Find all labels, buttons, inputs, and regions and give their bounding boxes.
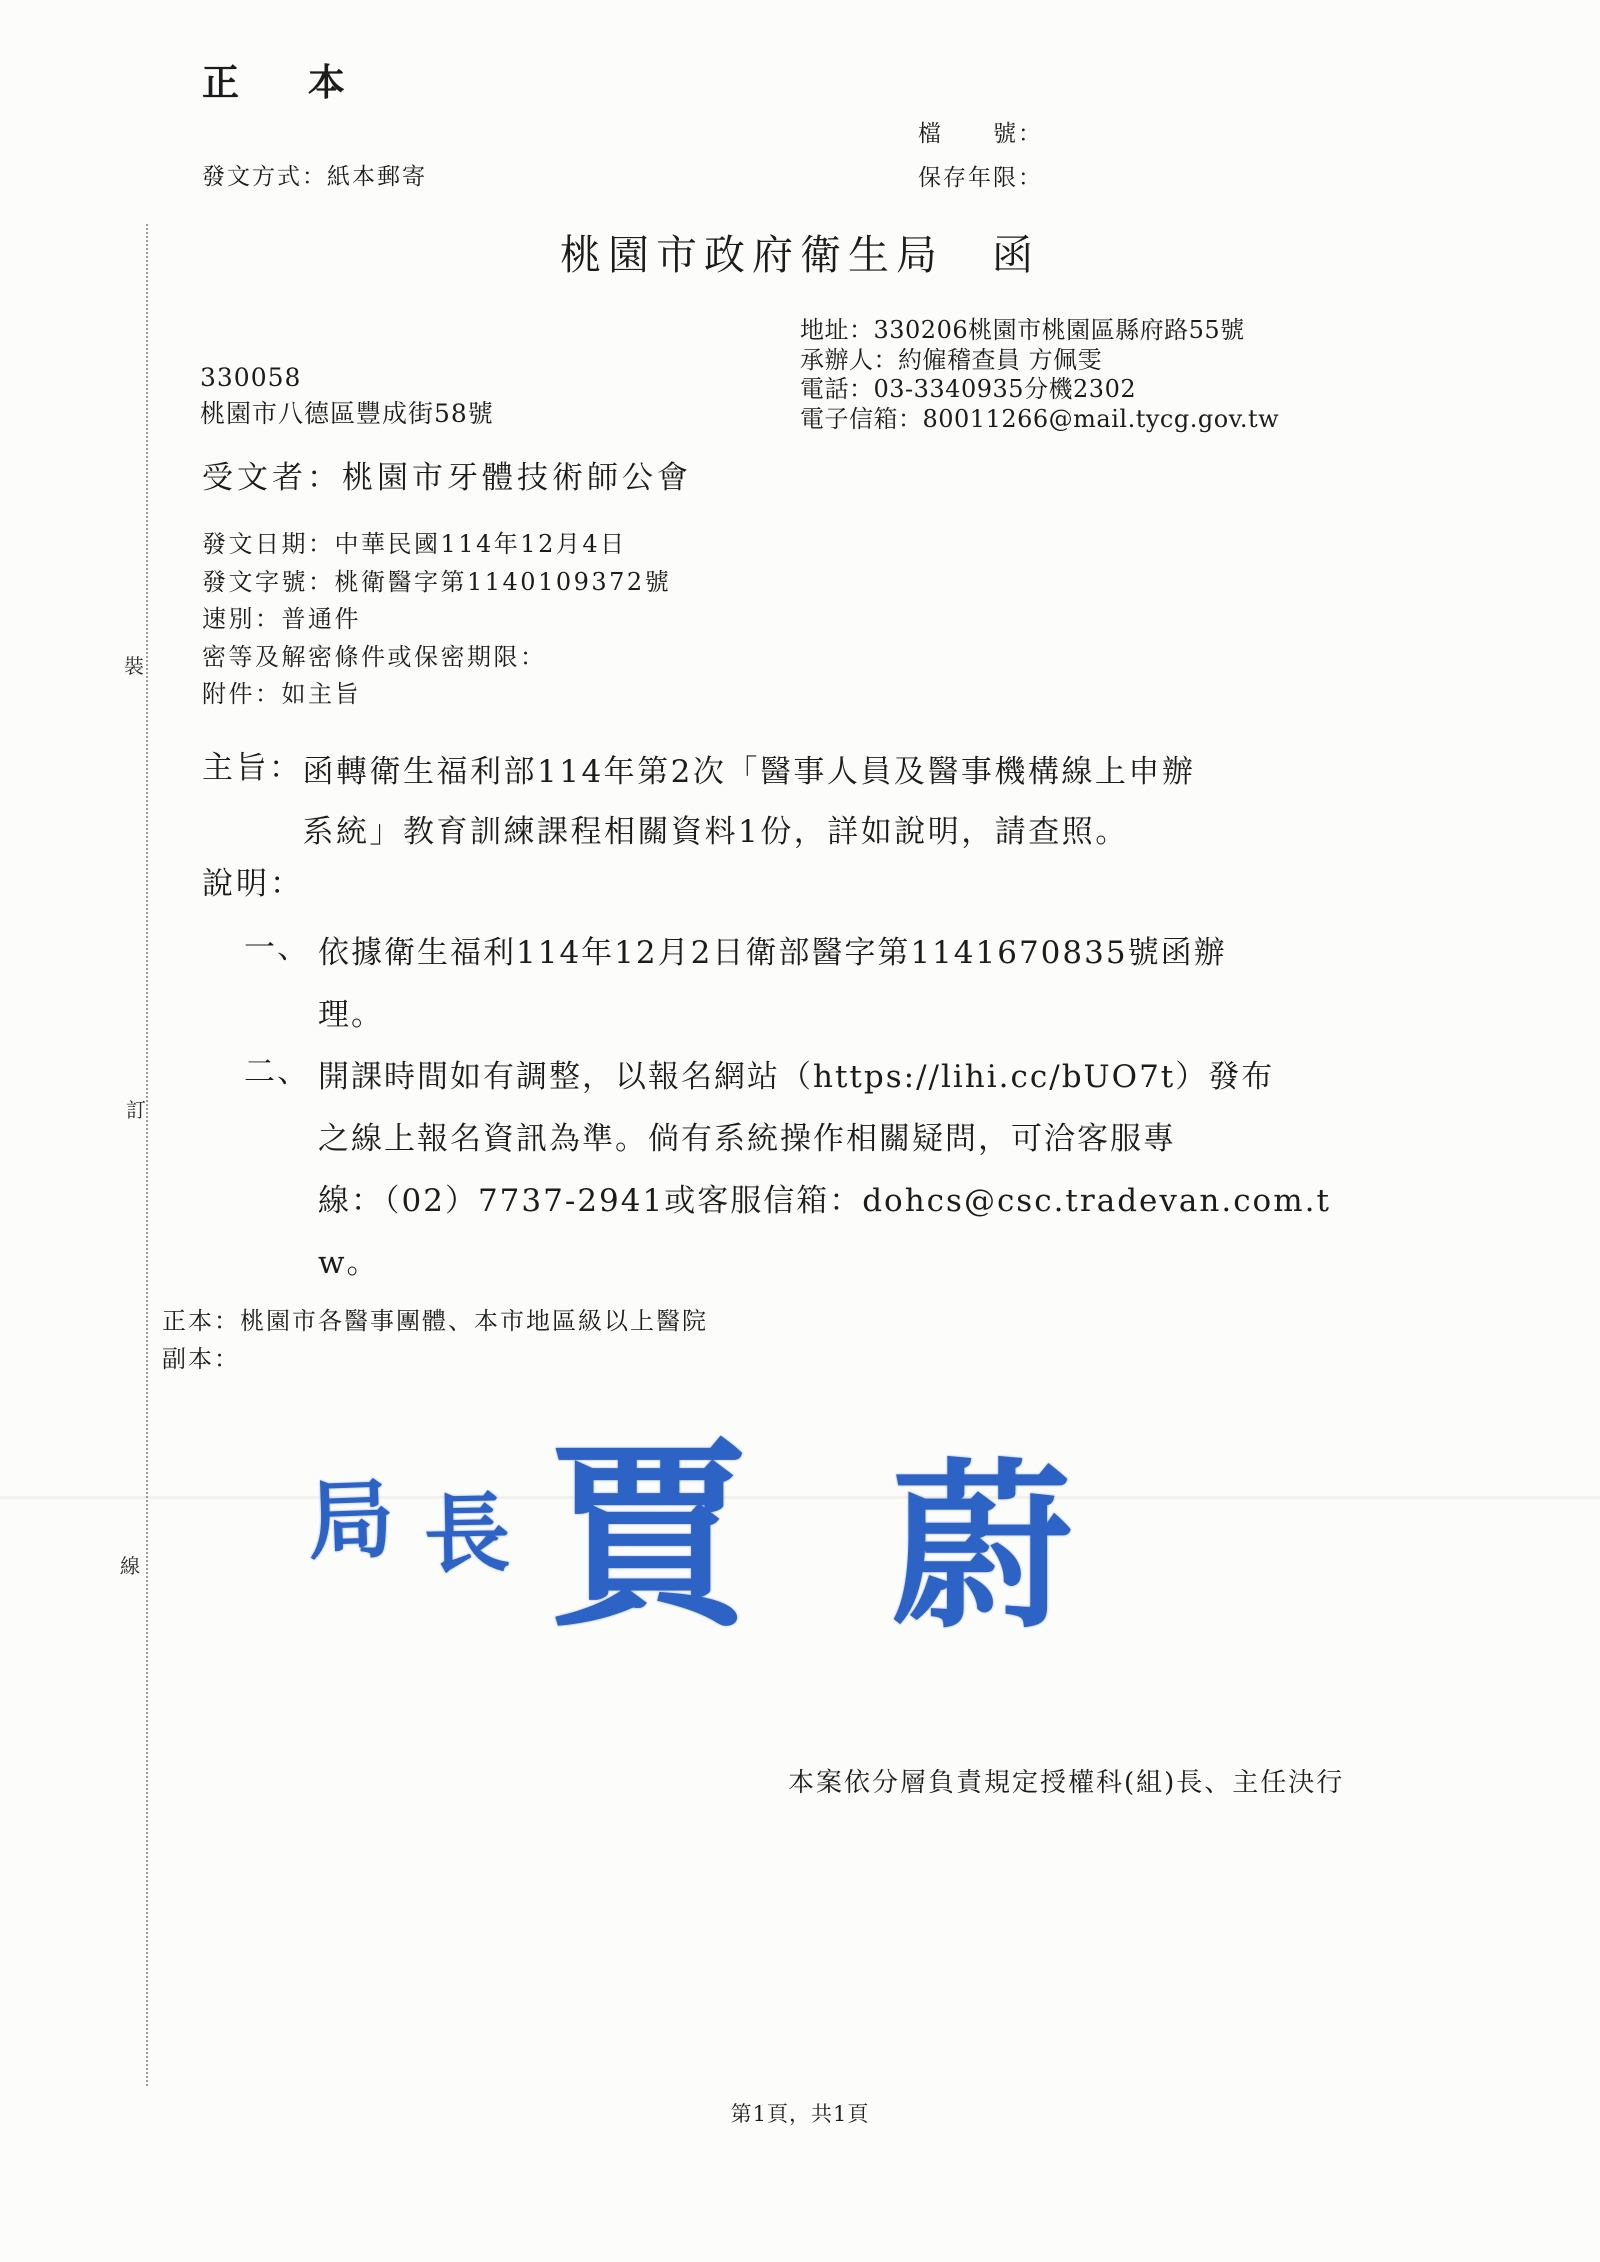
recipient-street-address: 桃園市八德區豐成街58號 bbox=[200, 396, 494, 432]
item-2-line-3: 線：（02）7737-2941或客服信箱：dohcs@csc.tradevan.… bbox=[318, 1170, 1331, 1232]
explanation-item-1: 一、 依據衛生福利114年12月2日衛部醫字第1141670835號函辦 理。 bbox=[244, 922, 1227, 1046]
director-stamp-title-char-2: 長 bbox=[423, 1491, 510, 1578]
document-type: 函 bbox=[992, 231, 1040, 279]
issue-date: 發文日期：中華民國114年12月4日 bbox=[202, 526, 671, 564]
sender-address: 地址：330206桃園市桃園區縣府路55號 bbox=[800, 316, 1279, 346]
attachment-note: 附件：如主旨 bbox=[202, 676, 671, 714]
delegation-note: 本案依分層負責規定授權科(組)長、主任決行 bbox=[788, 1762, 1344, 1799]
item-1-text: 依據衛生福利114年12月2日衛部醫字第1141670835號函辦 理。 bbox=[318, 922, 1227, 1046]
subject-line-2: 系統」教育訓練課程相關資料1份，詳如說明，請查照。 bbox=[303, 802, 1196, 862]
issuing-agency: 桃園市政府衛生局 bbox=[560, 231, 944, 279]
subject-label: 主旨： bbox=[202, 742, 303, 862]
archive-info: 檔 號： 保存年限： bbox=[918, 112, 1043, 200]
recipient-address-block: 330058 桃園市八德區豐成街58號 bbox=[200, 360, 494, 432]
security-class: 密等及解密條件或保密期限： bbox=[202, 639, 671, 677]
subject-paragraph: 主旨： 函轉衛生福利部114年第2次「醫事人員及醫事機構線上申辦 系統」教育訓練… bbox=[202, 742, 1195, 862]
sender-contact-block: 地址：330206桃園市桃園區縣府路55號 承辦人：約僱稽查員 方佩雯 電話：0… bbox=[800, 316, 1279, 434]
recipient-line: 受文者：桃園市牙體技術師公會 bbox=[202, 452, 692, 497]
document-title: 桃園市政府衛生局函 bbox=[0, 222, 1600, 281]
document-metadata: 發文日期：中華民國114年12月4日 發文字號：桃衛醫字第1140109372號… bbox=[202, 526, 671, 714]
binding-mark-zhuang: 裝 bbox=[124, 648, 144, 681]
explanation-label: 說明： bbox=[202, 858, 304, 903]
page-number-footer: 第1頁，共1頁 bbox=[0, 2098, 1600, 2128]
director-stamp-name-char-2: 蔚 bbox=[892, 1458, 1072, 1638]
sender-contact-person: 承辦人：約僱稽查員 方佩雯 bbox=[800, 346, 1279, 376]
subject-text: 函轉衛生福利部114年第2次「醫事人員及醫事機構線上申辦 系統」教育訓練課程相關… bbox=[303, 742, 1196, 862]
file-number-label: 檔 號： bbox=[918, 112, 1043, 156]
director-stamp-name-char-1: 賈 bbox=[548, 1438, 748, 1638]
item-1-line-2: 理。 bbox=[318, 984, 1227, 1046]
binding-mark-xian: 線 bbox=[120, 1548, 140, 1581]
explanation-item-2: 二、 開課時間如有調整，以報名網站（https://lihi.cc/bUO7t）… bbox=[244, 1046, 1331, 1294]
binding-dotted-line bbox=[146, 224, 148, 2086]
retention-label: 保存年限： bbox=[918, 156, 1043, 200]
scan-crease-line bbox=[0, 1496, 1600, 1499]
item-1-line-1: 依據衛生福利114年12月2日衛部醫字第1141670835號函辦 bbox=[318, 922, 1227, 984]
item-2-line-4: w。 bbox=[318, 1232, 1331, 1294]
item-1-number: 一、 bbox=[244, 922, 318, 1046]
copy-recipients: 副本： bbox=[162, 1340, 708, 1378]
speed-class: 速別：普通件 bbox=[202, 601, 671, 639]
director-stamp-title-char-1: 局 bbox=[307, 1477, 396, 1566]
sender-email: 電子信箱：80011266@mail.tycg.gov.tw bbox=[800, 405, 1279, 435]
distribution-block: 正本：桃園市各醫事團體、本市地區級以上醫院 副本： bbox=[162, 1302, 708, 1378]
subject-line-1: 函轉衛生福利部114年第2次「醫事人員及醫事機構線上申辦 bbox=[303, 742, 1196, 802]
binding-mark-ding: 訂 bbox=[126, 1092, 146, 1125]
original-recipients: 正本：桃園市各醫事團體、本市地區級以上醫院 bbox=[162, 1302, 708, 1340]
item-2-text: 開課時間如有調整，以報名網站（https://lihi.cc/bUO7t）發布 … bbox=[318, 1046, 1331, 1294]
sender-phone: 電話：03-3340935分機2302 bbox=[800, 375, 1279, 405]
delivery-method: 發文方式：紙本郵寄 bbox=[202, 158, 427, 191]
recipient-zip-code: 330058 bbox=[200, 360, 494, 396]
official-letter-page: 正 本 發文方式：紙本郵寄 檔 號： 保存年限： 桃園市政府衛生局函 地址：33… bbox=[0, 0, 1600, 2262]
document-number: 發文字號：桃衛醫字第1140109372號 bbox=[202, 564, 671, 602]
item-2-line-1: 開課時間如有調整，以報名網站（https://lihi.cc/bUO7t）發布 bbox=[318, 1046, 1331, 1108]
item-2-number: 二、 bbox=[244, 1046, 318, 1294]
item-2-line-2: 之線上報名資訊為準。倘有系統操作相關疑問，可洽客服專 bbox=[318, 1108, 1331, 1170]
copy-type-label: 正 本 bbox=[202, 52, 373, 106]
